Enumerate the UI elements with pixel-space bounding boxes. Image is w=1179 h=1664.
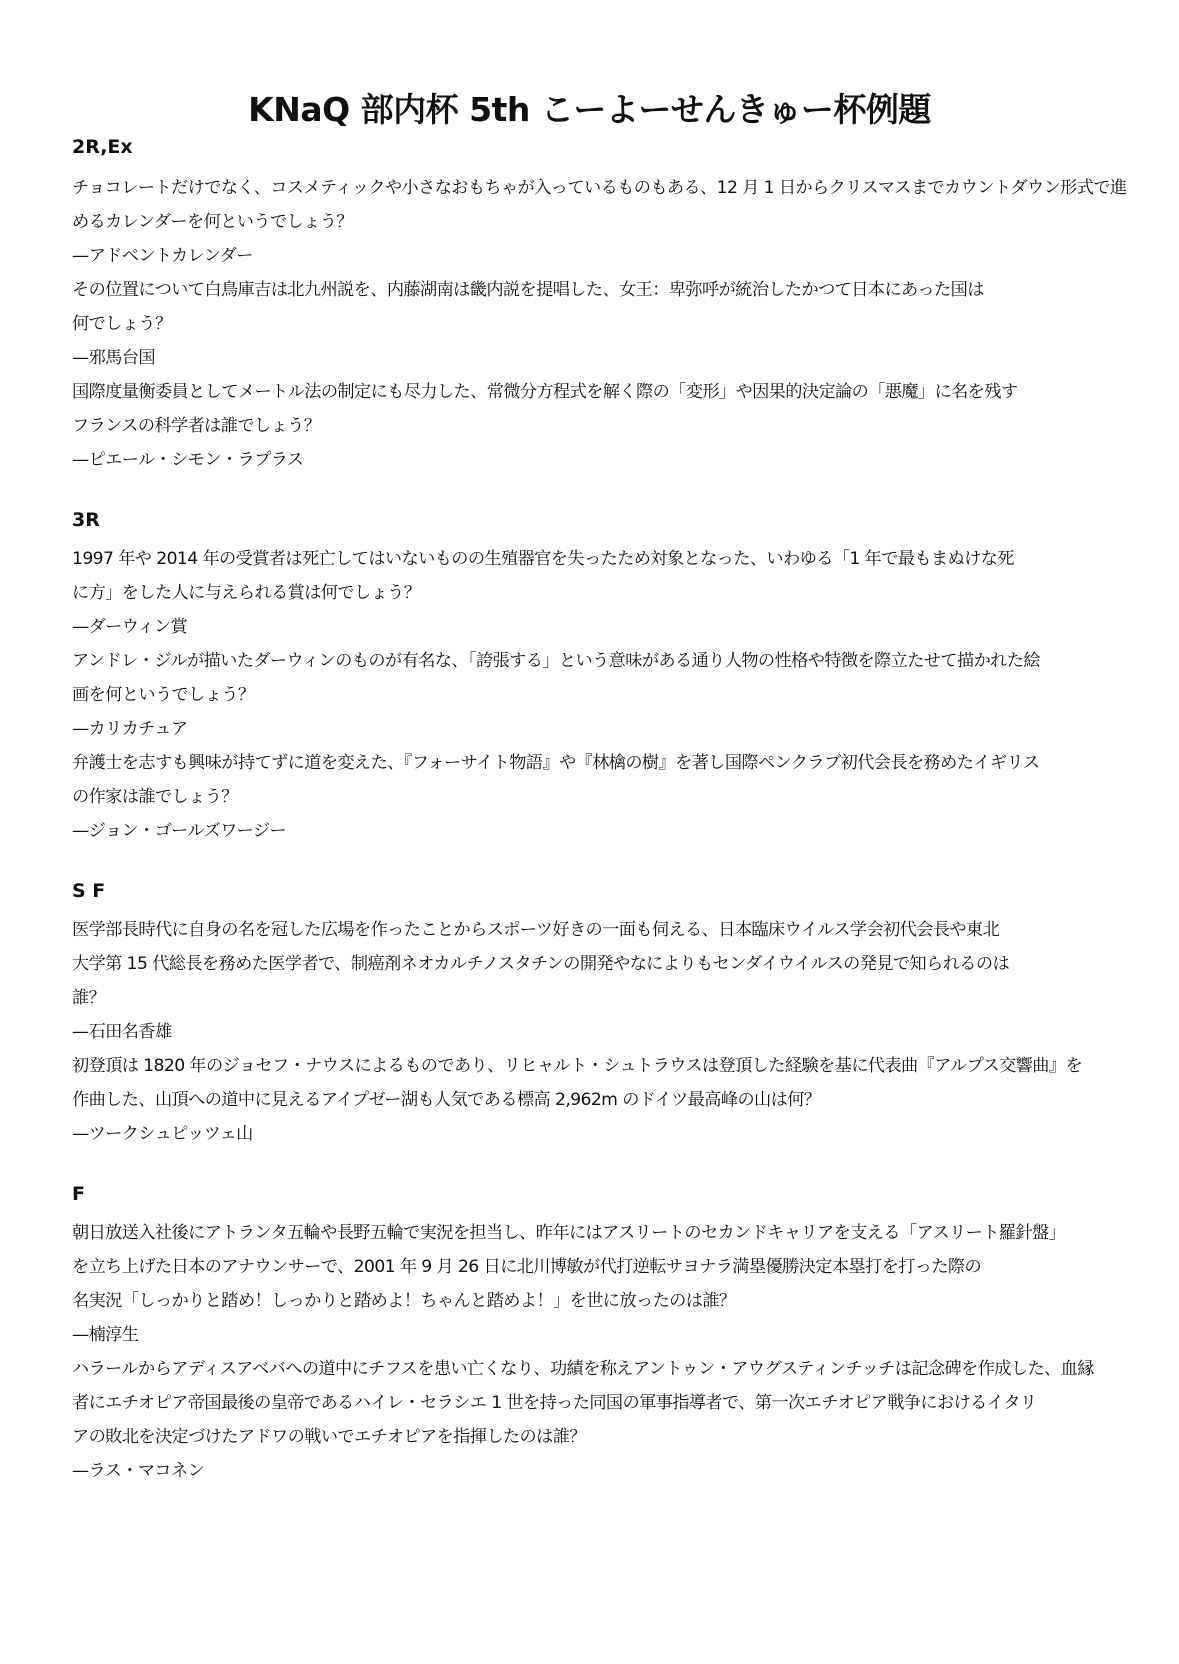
answer-text: —カリカチュア bbox=[72, 714, 187, 739]
question-text: 初登頂は 1820 年のジョセフ・ナウスによるものであり、リヒャルト・シュトラウ… bbox=[72, 1051, 1082, 1076]
question-text: に方」をした人に与えられる賞は何でしょう？ bbox=[72, 578, 420, 603]
question-text: 朝日放送入社後にアトランタ五輪や長野五輪で実況を担当し、昨年にはアスリートのセカ… bbox=[72, 1218, 1065, 1243]
answer-text: —ピエール・シモン・ラプラス bbox=[72, 445, 303, 470]
section-heading: 2R,Ex bbox=[72, 136, 133, 158]
question-text: フランスの科学者は誰でしょう？ bbox=[72, 411, 320, 436]
answer-text: —ツークシュピッツェ山 bbox=[72, 1119, 253, 1144]
question-text: アの敗北を決定づけたアドワの戦いでエチオピアを指揮したのは誰？ bbox=[72, 1422, 586, 1447]
question-text: 弁護士を志すも興味が持てずに道を変えた、『フォーサイト物語』や『林檎の樹』を著し… bbox=[72, 748, 1039, 773]
question-text: アンドレ・ジルが描いたダーウィンのものが有名な、「誇張する」という意味がある通り… bbox=[72, 646, 1040, 671]
answer-text: —アドベントカレンダー bbox=[72, 241, 253, 266]
question-text: めるカレンダーを何というでしょう？ bbox=[72, 207, 353, 232]
question-text: 大学第 15 代総長を務めた医学者で、制癌剤ネオカルチノスタチンの開発やなにより… bbox=[72, 949, 1009, 974]
question-text: を立ち上げた日本のアナウンサーで、2001 年 9 月 26 日に北川博敏が代打… bbox=[72, 1252, 981, 1277]
answer-text: —ラス・マコネン bbox=[72, 1456, 204, 1481]
answer-text: —ダーウィン賞 bbox=[72, 612, 187, 637]
question-text: ハラールからアディスアベバへの道中にチフスを患い亡くなり、功績を称えアントゥン・… bbox=[72, 1354, 1094, 1379]
document-title: KNaQ 部内杯 5th こーよーせんきゅー杯例題 bbox=[0, 84, 1179, 131]
answer-text: —楠淳生 bbox=[72, 1320, 138, 1345]
question-text: 画を何というでしょう？ bbox=[72, 680, 254, 705]
question-text: チョコレートだけでなく、コスメティックや小さなおもちゃが入っているものもある、1… bbox=[72, 173, 1127, 198]
answer-text: —邪馬台国 bbox=[72, 343, 155, 368]
section-heading: F bbox=[72, 1183, 85, 1205]
question-text: 国際度量衡委員としてメートル法の制定にも尽力した、常微分方程式を解く際の「変形」… bbox=[72, 377, 1018, 402]
section-heading: S F bbox=[72, 880, 105, 902]
question-text: 作曲した、山頂への道中に見えるアイプゼー湖も人気である標高 2,962m のドイ… bbox=[72, 1085, 820, 1110]
answer-text: —ジョン・ゴールズワージー bbox=[72, 816, 286, 841]
question-text: 1997 年や 2014 年の受賞者は死亡してはいないものの生殖器官を失ったため… bbox=[72, 544, 1014, 569]
question-text: の作家は誰でしょう？ bbox=[72, 782, 238, 807]
question-text: 名実況「しっかりと踏め！しっかりと踏めよ！ちゃんと踏めよ！」を世に放ったのは誰？ bbox=[72, 1286, 736, 1311]
question-text: その位置について白鳥庫吉は北九州説を、内藤湖南は畿内説を提唱した、女王：卑弥呼が… bbox=[72, 275, 984, 300]
question-text: 誰？ bbox=[72, 983, 105, 1008]
section-heading: 3R bbox=[72, 509, 100, 531]
question-text: 何でしょう？ bbox=[72, 309, 172, 334]
answer-text: —石田名香雄 bbox=[72, 1017, 172, 1042]
question-text: 医学部長時代に自身の名を冠した広場を作ったことからスポーツ好きの一面も伺える、日… bbox=[72, 915, 999, 940]
question-text: 者にエチオピア帝国最後の皇帝であるハイレ・セラシエ 1 世を持った同国の軍事指導… bbox=[72, 1388, 1037, 1413]
